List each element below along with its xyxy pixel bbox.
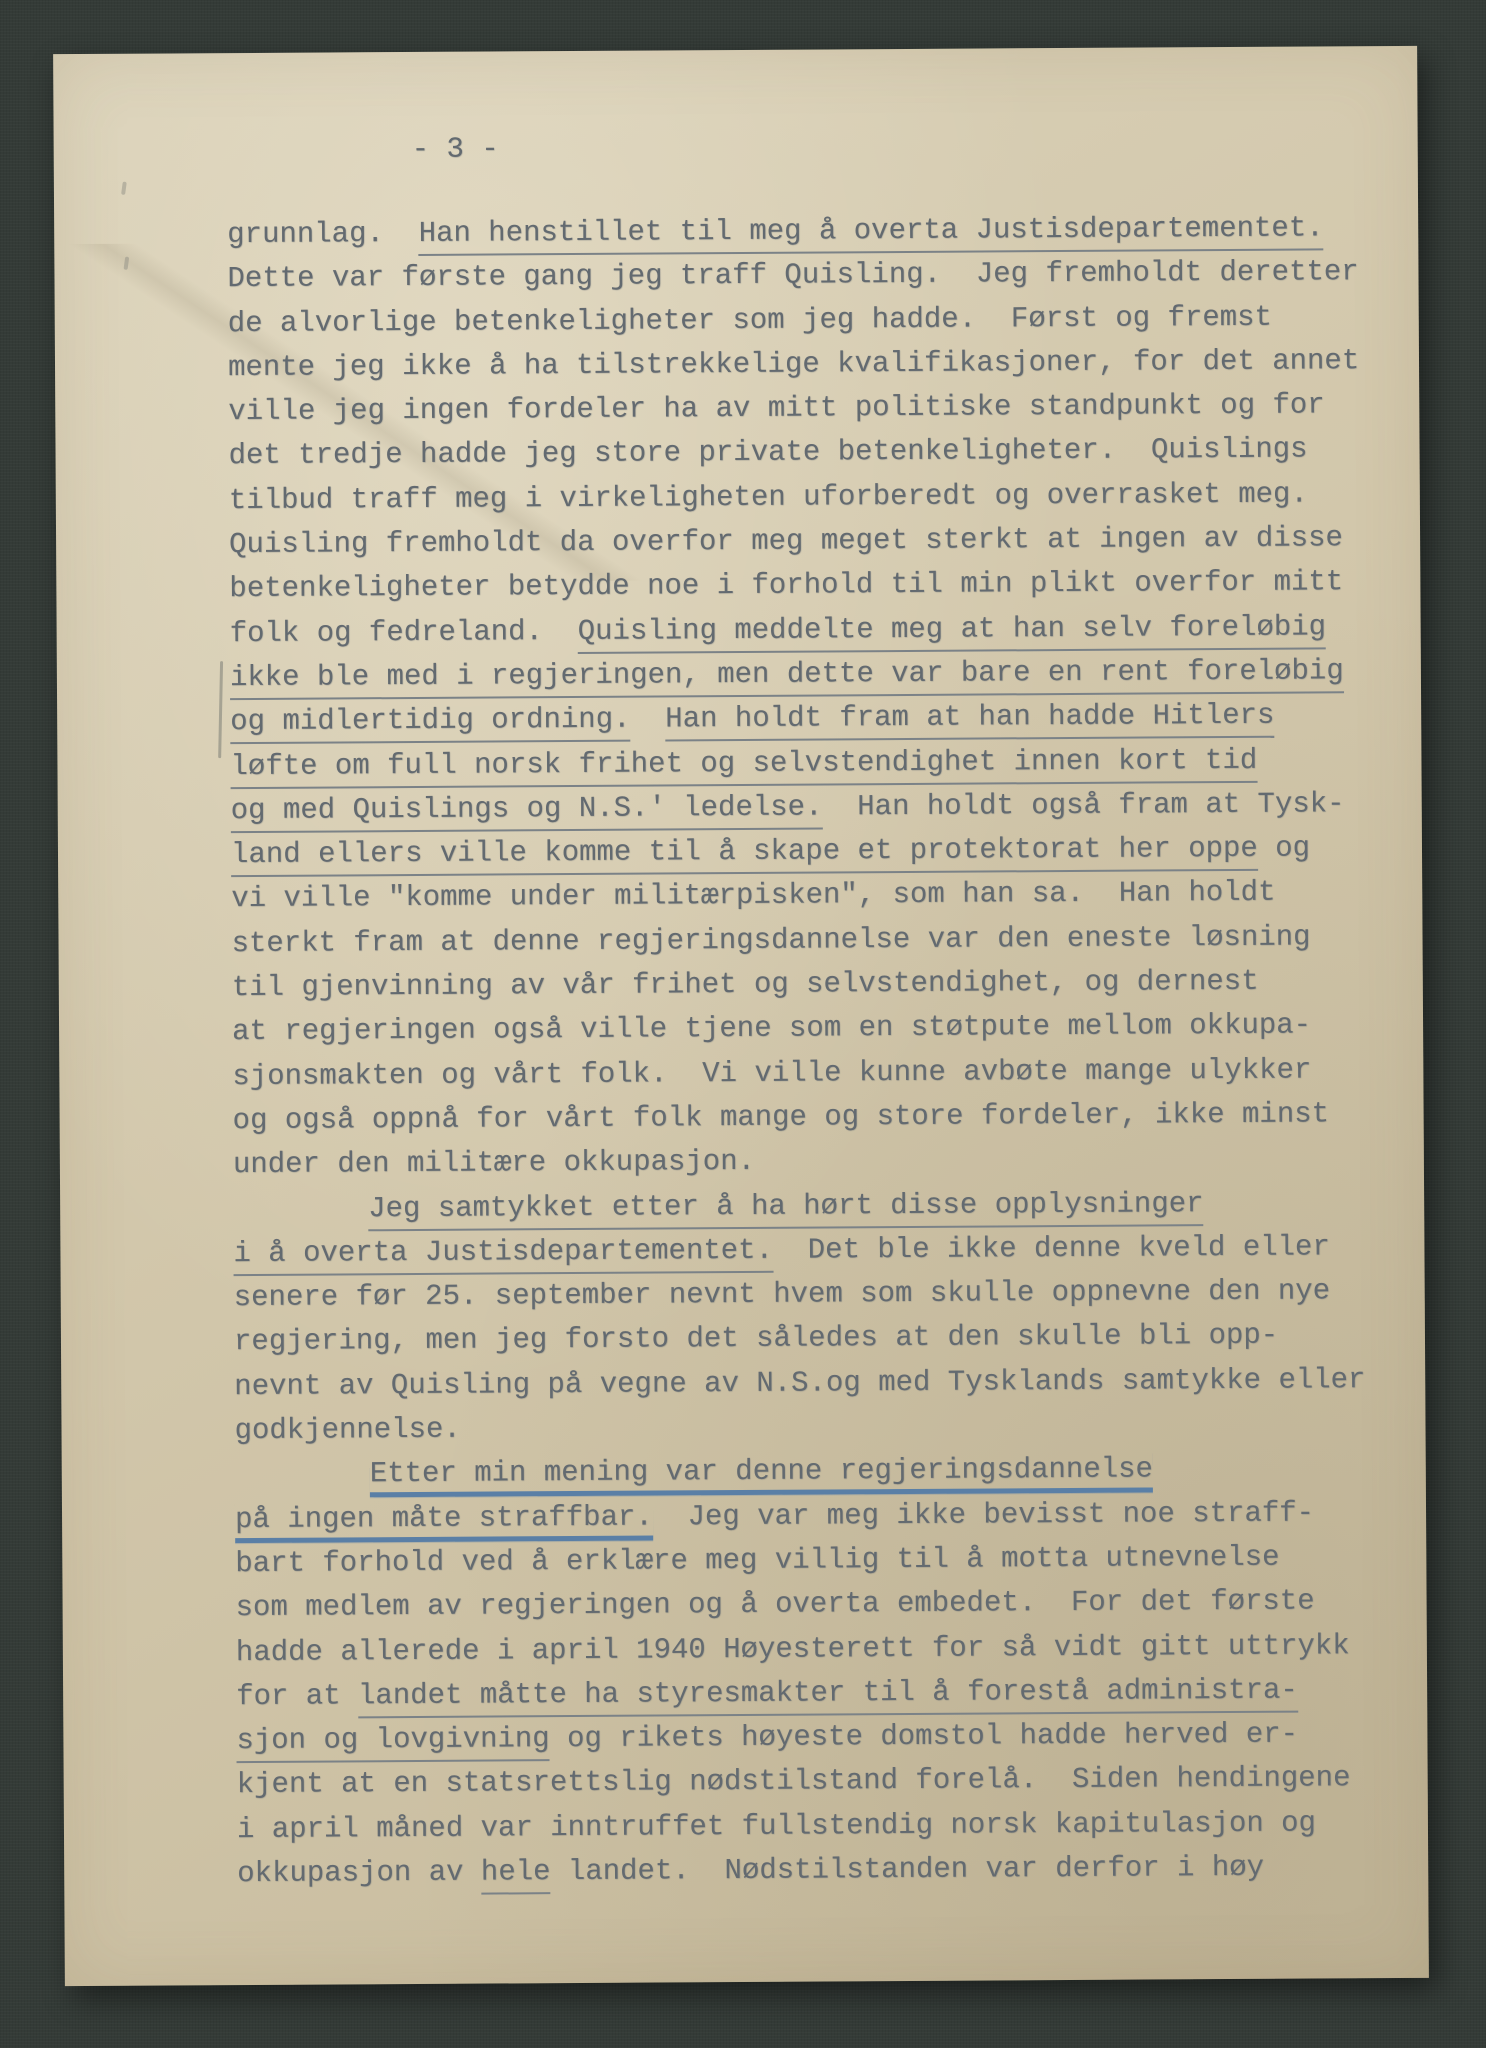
text-line: tilbud traff meg i virkeligheten uforber… — [229, 472, 1360, 523]
text-line: til gjenvinning av vår frihet og selvste… — [232, 959, 1363, 1010]
text-line: nevnt av Quisling på vegne av N.S.og med… — [234, 1358, 1365, 1409]
text-line: land ellers ville komme til å skape et p… — [231, 826, 1362, 877]
underlined-text: og med Quislings og N.S.' ledelse. — [231, 790, 823, 833]
text-segment: tilbud traff meg i virkeligheten uforber… — [229, 477, 1308, 517]
text-segment: sterkt fram at denne regjeringsdannelse … — [231, 920, 1310, 960]
text-line: vi ville "komme under militærpisken", so… — [231, 871, 1362, 922]
text-segment: senere før 25. september nevnt hvem som … — [234, 1275, 1331, 1315]
text-line: de alvorlige betenkeligheter som jeg had… — [228, 295, 1359, 346]
typewritten-text: grunnlag. Han henstillet til meg å overt… — [227, 206, 1368, 1896]
text-line: hadde allerede i april 1940 Høyesterett … — [236, 1624, 1367, 1675]
underlined-text: Han holdt fram at han hadde Hitlers — [665, 699, 1274, 742]
text-line: på ingen måte straffbar. Jeg var meg ikk… — [235, 1491, 1366, 1542]
text-segment: mente jeg ikke å ha tilstrekkelige kvali… — [228, 344, 1359, 384]
text-segment: i april måned var inntruffet fullstendig… — [237, 1806, 1316, 1846]
text-segment: som medlem av regjeringen og å overta em… — [236, 1585, 1315, 1625]
underlined-text: Quisling meddelte meg at han selv forelø… — [578, 610, 1327, 654]
scan-background: { "page": { "number_label": "- 3 -" }, "… — [0, 0, 1486, 2048]
text-line: at regjeringen også ville tjene som en s… — [232, 1004, 1363, 1055]
text-segment: Det ble ikke denne kveld eller — [773, 1230, 1330, 1266]
margin-pencil-line — [218, 661, 223, 758]
text-segment: sjonsmakten og vårt folk. Vi ville kunne… — [232, 1053, 1311, 1093]
text-segment: landet. Nødstilstanden var derfor i høy — [550, 1851, 1264, 1888]
underlined-text: og midlertidig ordning. — [230, 703, 630, 744]
text-line: Etter min mening var denne regjeringsdan… — [235, 1447, 1366, 1498]
text-line: kjent at en statsrettslig nødstilstand f… — [237, 1757, 1368, 1808]
text-segment: regjering, men jeg forsto det således at… — [234, 1319, 1278, 1358]
pencil-mark — [121, 182, 127, 195]
text-segment: det tredje hadde jeg store private beten… — [228, 433, 1307, 473]
text-segment: Quisling fremholdt da overfor meg meget … — [229, 521, 1343, 561]
text-segment: kjent at en statsrettslig nødstilstand f… — [237, 1762, 1351, 1802]
text-segment: ville jeg ingen fordeler ha av mitt poli… — [228, 389, 1325, 429]
text-segment: okkupasjon av — [237, 1856, 481, 1890]
text-segment: betenkeligheter betydde noe i forhold ti… — [229, 566, 1343, 606]
text-segment: godkjennelse. — [234, 1413, 460, 1447]
text-line: godkjennelse. — [234, 1402, 1365, 1453]
text-line: det tredje hadde jeg store private beten… — [228, 428, 1359, 479]
underlined-text: løfte om full norsk frihet og selvstendi… — [230, 743, 1257, 788]
text-line: bart forhold ved å erklære meg villig ti… — [235, 1535, 1366, 1586]
pencil-mark — [124, 257, 130, 270]
underlined-text: Han henstillet til meg å overta Justisde… — [419, 211, 1324, 256]
text-segment: grunnlag. — [227, 217, 419, 251]
blue-underlined-text: Etter min mening var denne regjeringsdan… — [370, 1453, 1153, 1498]
text-segment: Jeg var meg ikke bevisst noe straff- — [653, 1496, 1315, 1533]
text-line: ikke ble med i regjeringen, men dette va… — [230, 649, 1361, 700]
text-segment: Dette var første gang jeg traff Quisling… — [227, 256, 1358, 296]
text-line: løfte om full norsk frihet og selvstendi… — [230, 738, 1361, 789]
underlined-text: sjon og lovgivning — [236, 1722, 549, 1763]
text-line: for at landet måtte ha styresmakter til … — [236, 1668, 1367, 1719]
text-segment: folk og fedreland. — [230, 615, 578, 650]
text-line: okkupasjon av hele landet. Nødstilstande… — [237, 1845, 1368, 1896]
text-segment: bart forhold ved å erklære meg villig ti… — [235, 1541, 1279, 1580]
underlined-text: hele — [481, 1855, 551, 1894]
document-page: - 3 - grunnlag. Han henstillet til meg å… — [53, 46, 1429, 1986]
text-segment: nevnt av Quisling på vegne av N.S.og med… — [234, 1363, 1365, 1403]
text-line: Dette var første gang jeg traff Quisling… — [227, 251, 1358, 302]
text-line: Jeg samtykket etter å ha hørt disse oppl… — [233, 1181, 1364, 1232]
text-line: mente jeg ikke å ha tilstrekkelige kvali… — [228, 339, 1359, 390]
text-line: og også oppnå for vårt folk mange og sto… — [232, 1092, 1363, 1143]
text-segment: Han holdt også fram at Tysk- — [822, 787, 1344, 823]
text-line: sjon og lovgivning og rikets høyeste dom… — [236, 1712, 1367, 1763]
text-line: ville jeg ingen fordeler ha av mitt poli… — [228, 383, 1359, 434]
text-line: senere før 25. september nevnt hvem som … — [234, 1269, 1365, 1320]
text-segment: og — [1258, 832, 1310, 865]
text-segment: og også oppnå for vårt folk mange og sto… — [233, 1097, 1330, 1137]
text-line: folk og fedreland. Quisling meddelte meg… — [230, 605, 1361, 656]
text-line: som medlem av regjeringen og å overta em… — [235, 1579, 1366, 1630]
text-segment: under den militære okkupasjon. — [233, 1145, 755, 1181]
text-line: og midlertidig ordning. Han holdt fram a… — [230, 693, 1361, 744]
text-segment — [630, 703, 665, 736]
underlined-text: i å overta Justisdepartementet. — [233, 1234, 773, 1276]
text-line: grunnlag. Han henstillet til meg å overt… — [227, 206, 1358, 257]
text-line: betenkeligheter betydde noe i forhold ti… — [229, 561, 1360, 612]
text-segment: og rikets høyeste domstol hadde herved e… — [550, 1718, 1299, 1756]
text-line: og med Quislings og N.S.' ledelse. Han h… — [231, 782, 1362, 833]
text-line: i å overta Justisdepartementet. Det ble … — [233, 1225, 1364, 1276]
text-segment: til gjenvinning av vår frihet og selvste… — [232, 965, 1259, 1004]
underlined-text: ikke ble med i regjeringen, men dette va… — [230, 654, 1344, 700]
text-segment: at regjeringen også ville tjene som en s… — [232, 1009, 1311, 1049]
blue-underlined-text: på ingen måte straffbar. — [235, 1500, 653, 1543]
text-segment: vi ville "komme under militærpisken", so… — [231, 876, 1275, 915]
text-segment: for at — [236, 1679, 358, 1713]
text-line: Quisling fremholdt da overfor meg meget … — [229, 516, 1360, 567]
underlined-text: Jeg samtykket etter å ha hørt disse oppl… — [368, 1187, 1204, 1231]
text-segment: hadde allerede i april 1940 Høyesterett … — [236, 1629, 1350, 1669]
text-line: regjering, men jeg forsto det således at… — [234, 1314, 1365, 1365]
page-number: - 3 - — [412, 127, 499, 172]
text-line: under den militære okkupasjon. — [233, 1136, 1364, 1187]
text-line: sjonsmakten og vårt folk. Vi ville kunne… — [232, 1048, 1363, 1099]
underlined-text: land ellers ville komme til å skape et p… — [231, 832, 1258, 877]
text-line: sterkt fram at denne regjeringsdannelse … — [231, 915, 1362, 966]
underlined-text: landet måtte ha styresmakter til å fores… — [358, 1673, 1298, 1718]
text-line: i april måned var inntruffet fullstendig… — [237, 1801, 1368, 1852]
text-segment: de alvorlige betenkeligheter som jeg had… — [228, 300, 1272, 339]
